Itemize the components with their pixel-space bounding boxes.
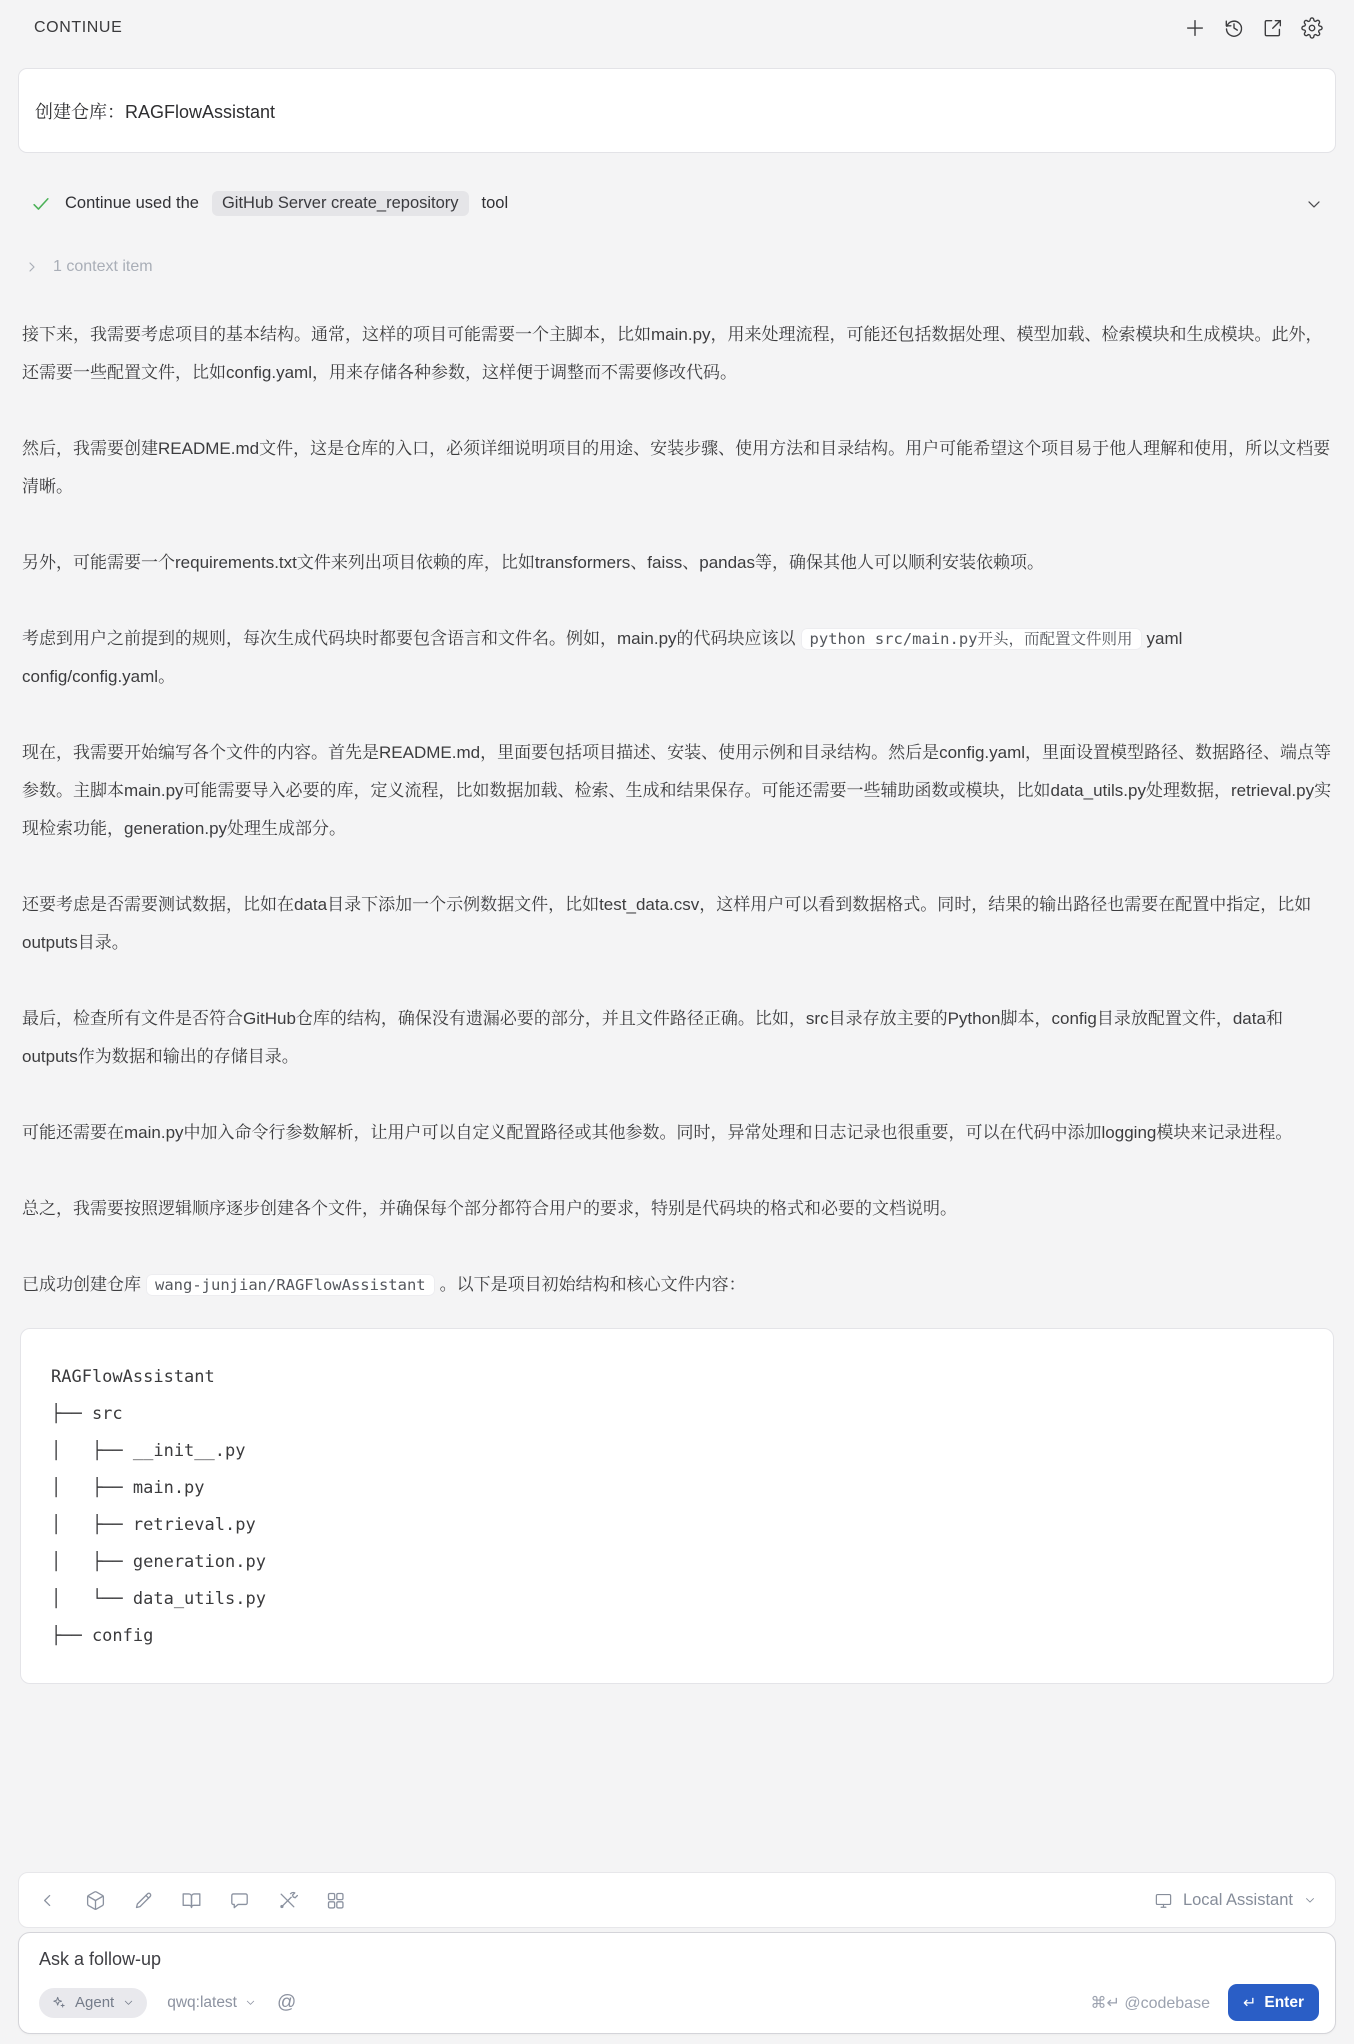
gear-icon[interactable] <box>1300 16 1324 40</box>
panel-header: CONTINUE <box>0 0 1354 56</box>
result-text: 。以下是项目初始结构和核心文件内容： <box>440 1275 746 1294</box>
context-items-label: 1 context item <box>53 258 153 276</box>
monitor-icon <box>1154 1891 1173 1910</box>
tool-call-row[interactable]: Continue used the GitHub Server create_r… <box>30 191 1324 216</box>
chat-bubble-icon[interactable] <box>229 1890 250 1911</box>
quick-actions-toolbar: Local Assistant <box>18 1872 1336 1928</box>
continue-extension-panel: CONTINUE 创建仓库：RAGFlowAssistant Continue … <box>0 0 1354 2044</box>
chevron-right-icon <box>24 259 40 275</box>
mode-selector[interactable]: Agent <box>39 1988 147 2018</box>
thinking-paragraph-1: 接下来，我需要考虑项目的基本结构。通常，这样的项目可能需要一个主脚本，比如mai… <box>22 316 1332 392</box>
chevron-down-icon[interactable] <box>1304 194 1324 214</box>
open-external-icon[interactable] <box>1261 16 1285 40</box>
result-line: 已成功创建仓库wang-junjian/RAGFlowAssistant。以下是… <box>22 1266 1332 1304</box>
chevron-down-icon <box>122 1996 135 2009</box>
context-items-row[interactable]: 1 context item <box>24 258 1354 276</box>
blocks-icon[interactable] <box>325 1890 346 1911</box>
check-icon <box>30 193 52 215</box>
enter-button[interactable]: ↵ Enter <box>1228 1984 1319 2021</box>
bottom-bar: Local Assistant Agent qwq:latest @ ⌘↵ @c… <box>18 1872 1336 2034</box>
tool-call-prefix: Continue used the <box>65 194 199 213</box>
inline-code: python src/main.py开头，而配置文件则用 <box>801 628 1142 650</box>
composer-controls: Agent qwq:latest @ ⌘↵ @codebase ↵ Enter <box>39 1984 1319 2021</box>
user-message-box[interactable]: 创建仓库：RAGFlowAssistant <box>18 68 1336 153</box>
composer-right: ⌘↵ @codebase ↵ Enter <box>1090 1984 1319 2021</box>
followup-composer[interactable]: Agent qwq:latest @ ⌘↵ @codebase ↵ Enter <box>18 1932 1336 2034</box>
chevron-left-icon[interactable] <box>37 1890 58 1911</box>
thinking-paragraph-9: 总之，我需要按照逻辑顺序逐步创建各个文件，并确保每个部分都符合用户的要求，特别是… <box>22 1190 1332 1228</box>
model-selector[interactable]: qwq:latest <box>167 1994 257 2012</box>
history-icon[interactable] <box>1222 16 1246 40</box>
chevron-down-icon <box>244 1996 257 2009</box>
thinking-paragraph-2: 然后，我需要创建README.md文件，这是仓库的入口，必须详细说明项目的用途、… <box>22 430 1332 506</box>
paragraph-text: 考虑到用户之前提到的规则，每次生成代码块时都要包含语言和文件名。例如，main.… <box>22 629 796 648</box>
assistant-selector[interactable]: Local Assistant <box>1154 1891 1317 1910</box>
return-icon: ↵ <box>1243 1993 1256 2013</box>
thinking-paragraph-4: 考虑到用户之前提到的规则，每次生成代码块时都要包含语言和文件名。例如，main.… <box>22 620 1332 696</box>
header-actions <box>1183 16 1324 40</box>
thinking-paragraph-7: 最后，检查所有文件是否符合GitHub仓库的结构，确保没有遗漏必要的部分，并且文… <box>22 1000 1332 1076</box>
thinking-paragraph-8: 可能还需要在main.py中加入命令行参数解析，让用户可以自定义配置路径或其他参… <box>22 1114 1332 1152</box>
tool-name-chip: GitHub Server create_repository <box>212 191 469 216</box>
followup-input[interactable] <box>39 1945 1319 1984</box>
file-tree-code-block[interactable]: RAGFlowAssistant ├── src │ ├── __init__.… <box>20 1328 1334 1684</box>
enter-button-label: Enter <box>1264 1994 1304 2012</box>
at-mention-icon[interactable]: @ <box>277 1993 296 2012</box>
user-message-text: 创建仓库：RAGFlowAssistant <box>35 98 275 124</box>
mode-selector-label: Agent <box>75 1994 114 2011</box>
thinking-paragraph-5: 现在，我需要开始编写各个文件的内容。首先是README.md，里面要包括项目描述… <box>22 734 1332 848</box>
codebase-shortcut-hint: ⌘↵ @codebase <box>1090 1993 1209 2013</box>
assistant-selector-label: Local Assistant <box>1183 1891 1293 1910</box>
pencil-icon[interactable] <box>133 1890 154 1911</box>
cube-icon[interactable] <box>85 1890 106 1911</box>
thinking-paragraph-3: 另外，可能需要一个requirements.txt文件来列出项目依赖的库，比如t… <box>22 544 1332 582</box>
result-text: 已成功创建仓库 <box>22 1275 141 1294</box>
chevron-down-icon <box>1303 1893 1317 1907</box>
thinking-paragraph-6: 还要考虑是否需要测试数据，比如在data目录下添加一个示例数据文件，比如test… <box>22 886 1332 962</box>
tools-icon[interactable] <box>277 1890 298 1911</box>
repo-inline-code: wang-junjian/RAGFlowAssistant <box>146 1274 435 1296</box>
book-icon[interactable] <box>181 1890 202 1911</box>
tool-call-suffix: tool <box>482 194 509 213</box>
sparkle-icon <box>51 1995 67 2011</box>
new-session-icon[interactable] <box>1183 16 1207 40</box>
app-title: CONTINUE <box>34 19 122 37</box>
assistant-message: 接下来，我需要考虑项目的基本结构。通常，这样的项目可能需要一个主脚本，比如mai… <box>0 276 1354 1684</box>
model-selector-label: qwq:latest <box>167 1994 237 2012</box>
